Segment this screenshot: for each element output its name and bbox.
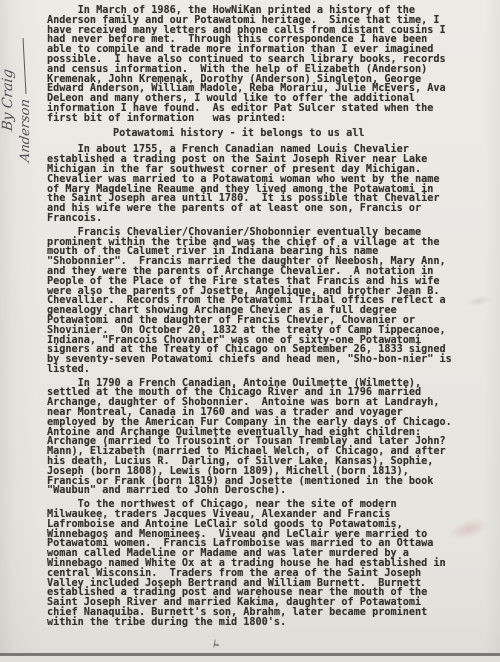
scanned-document-page: By Craig Anderson In March of 1986, the …	[0, 0, 500, 662]
paragraph-louis-chevalier: In about 1755, a French Canadian named L…	[47, 145, 465, 223]
paragraph-introduction: In March of 1986, the HowNiKan printed a…	[47, 6, 465, 124]
handwritten-surname: Anderson	[18, 98, 33, 163]
handwritten-surname-row: Anderson	[16, 25, 33, 175]
handwritten-byline: By Craig	[0, 24, 16, 176]
paragraph-milwaukee-traders: To the northwest of Chicago, near the si…	[47, 500, 465, 627]
pencil-mark	[213, 639, 221, 648]
handwritten-annotation: By Craig Anderson	[0, 25, 40, 175]
paragraph-antoine-ouilmette: In 1790 a French Canadian, Antoine Ouilm…	[47, 379, 465, 497]
section-heading: Potawatomi history - it belongs to us al…	[113, 129, 465, 139]
typewritten-text-column: In March of 1986, the HowNiKan printed a…	[47, 6, 465, 632]
scan-smudge-gray	[465, 293, 493, 308]
pen-flourish-stroke	[23, 38, 27, 94]
paragraph-francis-chevalier: Francis Chevalier/Chovanier/Shobonnier e…	[47, 228, 465, 375]
scan-bottom-edge-margin	[0, 656, 500, 662]
